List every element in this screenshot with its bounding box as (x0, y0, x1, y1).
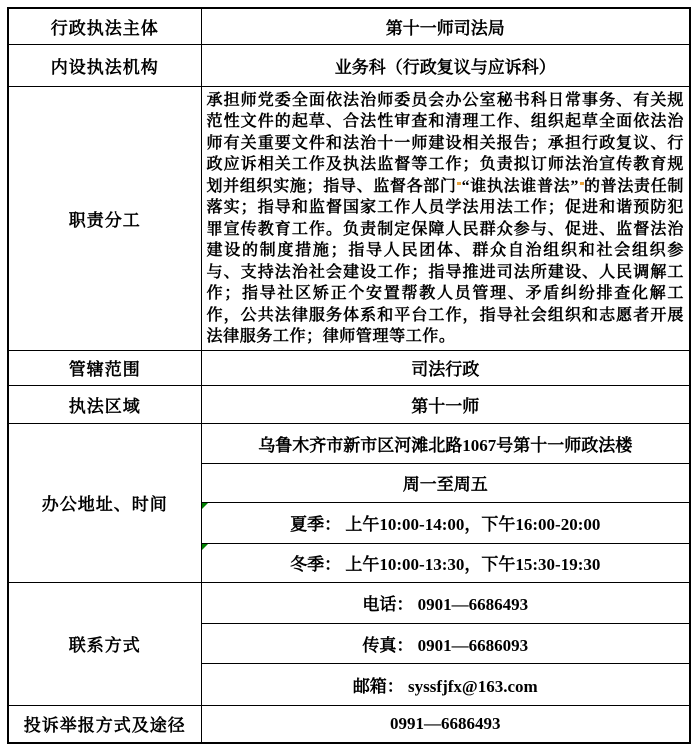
office-winter-hours-cell: 冬季： 上午10:00-13:30，下午15:30-19:30 (201, 543, 690, 582)
row-label-office-address-time: 办公地址、时间 (8, 423, 201, 582)
table-row: 办公地址、时间 乌鲁木齐市新市区河滩北路1067号第十一师政法楼 (8, 423, 690, 463)
duties-quoted-phrase: “谁执法谁普法” (457, 178, 584, 195)
internal-agency-value: 业务科（行政复议与应诉科） (201, 44, 690, 86)
row-label-jurisdiction: 管辖范围 (8, 350, 201, 385)
complaint-phone-value: 0991—6686493 (201, 705, 690, 729)
enforcement-area-value: 第十一师 (201, 385, 690, 423)
jurisdiction-value: 司法行政 (201, 350, 690, 385)
contact-fax-value: 传真： 0901—6686093 (201, 623, 690, 663)
table-row: 内设执法机构 业务科（行政复议与应诉科） (8, 44, 690, 86)
table-row: 管辖范围 司法行政 (8, 350, 690, 385)
office-winter-hours-value: 冬季： 上午10:00-13:30，下午15:30-19:30 (290, 555, 600, 574)
row-label-complaint-channels: 投诉举报方式及途径 (8, 705, 201, 729)
row-label-duties: 职责分工 (8, 86, 201, 350)
office-weekdays-value: 周一至周五 (201, 463, 690, 502)
row-label-internal-agency: 内设执法机构 (8, 44, 201, 86)
row-label-admin-subject: 行政执法主体 (8, 8, 201, 44)
office-summer-hours-cell: 夏季： 上午10:00-14:00，下午16:00-20:00 (201, 502, 690, 543)
office-summer-hours-value: 夏季： 上午10:00-14:00，下午16:00-20:00 (290, 515, 600, 534)
admin-subject-value: 第十一师司法局 (201, 8, 690, 44)
row-label-enforcement-area: 执法区域 (8, 385, 201, 423)
table-row: 执法区域 第十一师 (8, 385, 690, 423)
green-corner-triangle-icon (202, 503, 208, 509)
green-corner-triangle-icon (202, 544, 208, 550)
office-address-value: 乌鲁木齐市新市区河滩北路1067号第十一师政法楼 (201, 423, 690, 463)
law-enforcement-info-table: 行政执法主体 第十一师司法局 内设执法机构 业务科（行政复议与应诉科） 职责分工… (7, 7, 691, 729)
table-row: 职责分工 承担师党委全面依法治师委员会办公室秘书科日常事务、有关规范性文件的起草… (8, 86, 690, 350)
duties-text-part2: 的普法责任制落实；指导和监督国家工作人员学法用法工作；促进和谐预防犯罪宣传教育工… (207, 178, 685, 346)
row-label-contact: 联系方式 (8, 582, 201, 705)
contact-phone-value: 电话： 0901—6686493 (201, 582, 690, 623)
table-row: 行政执法主体 第十一师司法局 (8, 8, 690, 44)
contact-email-value: 邮箱： syssfjfx@163.com (201, 663, 690, 705)
table-row: 联系方式 电话： 0901—6686493 (8, 582, 690, 623)
table-row: 投诉举报方式及途径 0991—6686493 (8, 705, 690, 729)
duties-text: 承担师党委全面依法治师委员会办公室秘书科日常事务、有关规范性文件的起草、合法性审… (201, 86, 690, 350)
